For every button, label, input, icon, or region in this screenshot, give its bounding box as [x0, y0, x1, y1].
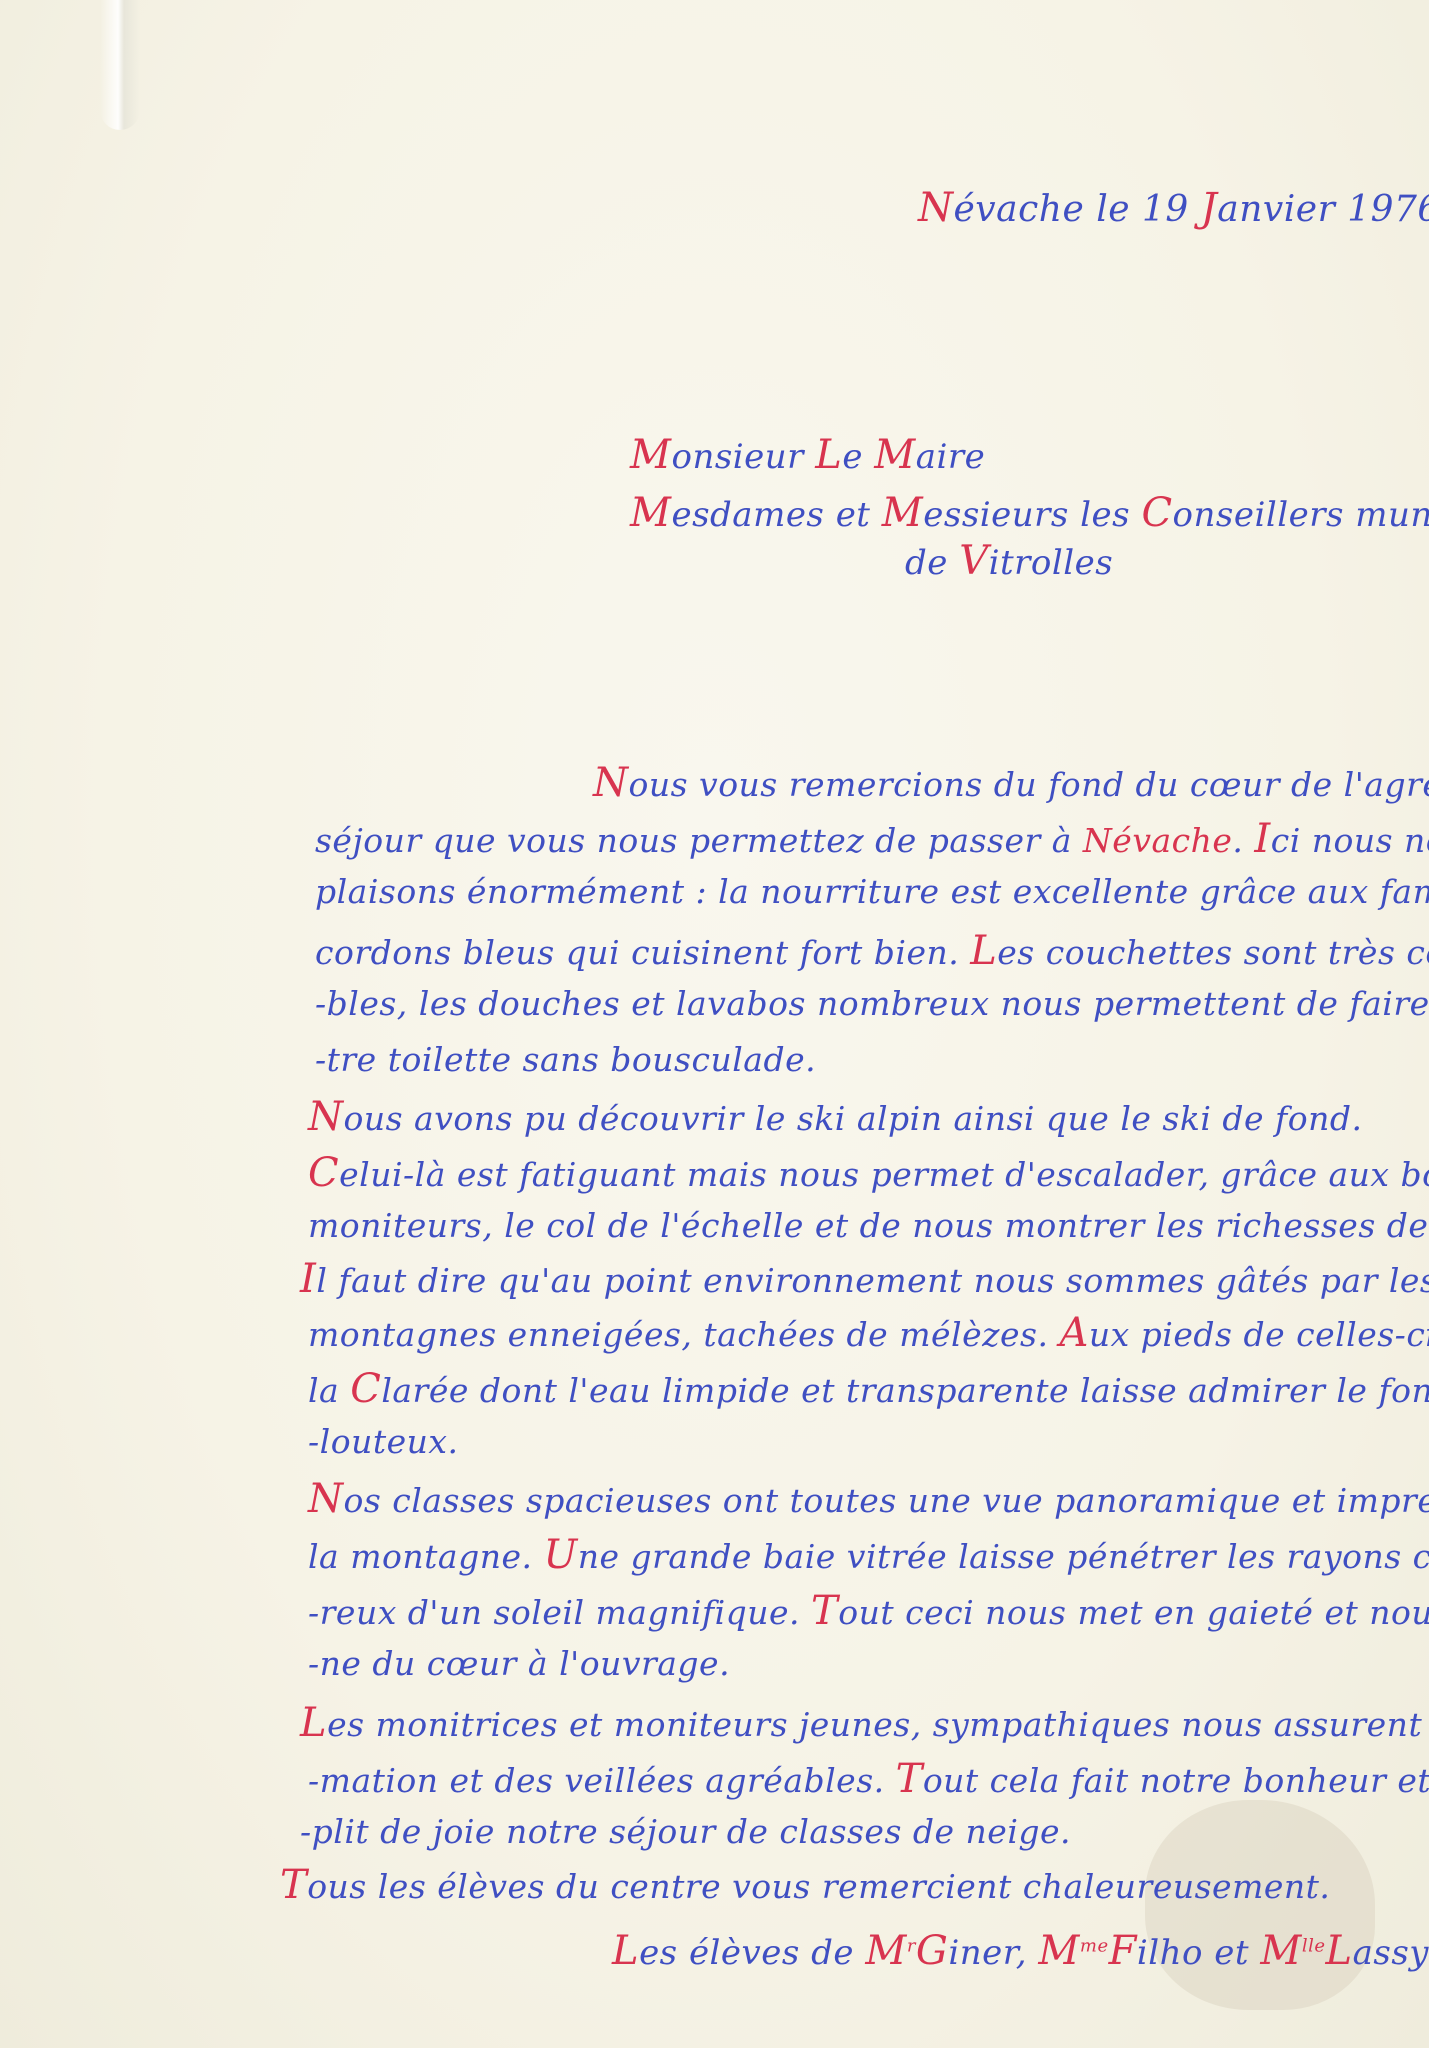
- body-text: plaisons énormément : la nourriture est …: [315, 872, 1429, 911]
- body-line-21: Tous les élèves du centre vous remercien…: [280, 1862, 1330, 1908]
- salutation-text: itrolles: [989, 543, 1114, 583]
- body-text: .: [1232, 821, 1254, 860]
- body-initial: T: [896, 1756, 923, 1802]
- salutation-line-3: de Vitrolles: [905, 538, 1113, 584]
- body-initial: L: [970, 928, 997, 974]
- body-text: -ne du cœur à l'ouvrage.: [308, 1644, 730, 1683]
- signature-initial: G: [916, 1928, 948, 1974]
- letter-page: Névache le 19 Janvier 1976 Monsieur Le M…: [0, 0, 1429, 2048]
- body-line-12: la Clarée dont l'eau limpide et transpar…: [308, 1366, 1429, 1412]
- body-text: -louteux.: [308, 1422, 458, 1461]
- salutation-initial: M: [630, 432, 671, 478]
- signature-title-sup: r: [907, 1936, 916, 1957]
- body-line-7: Nous avons pu découvrir le ski alpin ain…: [308, 1094, 1362, 1140]
- salutation-text: esdames et: [671, 495, 881, 535]
- salutation-initial: M: [882, 490, 923, 536]
- body-initial: I: [300, 1256, 316, 1302]
- signature-initial: F: [1109, 1928, 1137, 1974]
- body-line-4: cordons bleus qui cuisinent fort bien. L…: [315, 928, 1429, 974]
- body-text: es monitrices et moniteurs jeunes, sympa…: [327, 1705, 1429, 1744]
- signature-teacher-name: assy: [1353, 1933, 1429, 1973]
- body-line-1: Nous vous remercions du fond du cœur de …: [593, 760, 1429, 806]
- body-initial: N: [308, 1094, 344, 1140]
- salutation-initial: L: [815, 432, 842, 478]
- signature-title-sup: me: [1080, 1936, 1109, 1957]
- salutation-text: essieurs les: [923, 495, 1141, 535]
- body-text: -bles, les douches et lavabos nombreux n…: [315, 984, 1429, 1023]
- body-text: ux pieds de celles-ci coule: [1089, 1315, 1429, 1354]
- body-text: montagnes enneigées, tachées de mélèzes.: [308, 1315, 1059, 1354]
- body-line-2: séjour que vous nous permettez de passer…: [315, 816, 1429, 862]
- body-line-15: la montagne. Une grande baie vitrée lais…: [308, 1532, 1429, 1578]
- body-text: os classes spacieuses ont toutes une vue…: [344, 1481, 1429, 1520]
- body-text: moniteurs, le col de l'échelle et de nou…: [308, 1206, 1429, 1245]
- body-initial: N: [308, 1476, 344, 1522]
- body-text: la: [308, 1371, 350, 1410]
- body-line-5: -bles, les douches et lavabos nombreux n…: [315, 984, 1429, 1023]
- body-initial: T: [811, 1588, 838, 1634]
- date-month-initial: J: [1201, 185, 1218, 231]
- body-text: -reux d'un soleil magnifique.: [308, 1593, 811, 1632]
- signature-title: M: [1260, 1928, 1301, 1974]
- salutation-initial: V: [959, 538, 988, 584]
- body-initial: L: [300, 1700, 327, 1746]
- salutation-text: de: [905, 543, 959, 583]
- body-line-9: moniteurs, le col de l'échelle et de nou…: [308, 1206, 1429, 1245]
- body-line-18: Les monitrices et moniteurs jeunes, symp…: [300, 1700, 1429, 1746]
- body-line-6: -tre toilette sans bousculade.: [315, 1040, 816, 1079]
- body-text: séjour que vous nous permettez de passer…: [315, 821, 1083, 860]
- date-place: évache le 19: [954, 189, 1201, 230]
- body-text: -plit de joie notre séjour de classes de…: [300, 1812, 1071, 1851]
- date-line: Névache le 19 Janvier 1976: [918, 185, 1429, 231]
- body-line-14: Nos classes spacieuses ont toutes une vu…: [308, 1476, 1429, 1522]
- body-line-3: plaisons énormément : la nourriture est …: [315, 872, 1429, 911]
- body-initial: C: [308, 1150, 339, 1196]
- salutation-initial: C: [1141, 490, 1172, 536]
- signature-teacher-name: ilho et: [1137, 1933, 1261, 1973]
- salutation-text: onsieur: [671, 437, 815, 477]
- body-text: ous les élèves du centre vous remercient…: [307, 1867, 1330, 1906]
- body-initial: U: [543, 1532, 577, 1578]
- salutation-initial: M: [874, 432, 915, 478]
- signature-line: Les élèves de MrGiner, MmeFilho et MlleL…: [612, 1928, 1429, 1974]
- signature-initial: L: [1326, 1928, 1353, 1974]
- salutation-line-1: Monsieur Le Maire: [630, 432, 985, 478]
- body-text: larée dont l'eau limpide et transparente…: [381, 1371, 1429, 1410]
- date-month-year: anvier 1976: [1217, 189, 1429, 230]
- body-text: elui-là est fatiguant mais nous permet d…: [339, 1155, 1429, 1194]
- body-line-16: -reux d'un soleil magnifique. Tout ceci …: [308, 1588, 1429, 1634]
- body-text: out ceci nous met en gaieté et nous don: [838, 1593, 1429, 1632]
- salutation-text: onseillers municipaux: [1173, 495, 1429, 535]
- body-initial: N: [593, 760, 629, 806]
- body-text: ci nous nous: [1271, 821, 1429, 860]
- salutation-initial: M: [630, 490, 671, 536]
- body-line-13: -louteux.: [308, 1422, 458, 1461]
- signature-initial: L: [612, 1928, 639, 1974]
- body-text: -mation et des veillées agréables.: [308, 1761, 896, 1800]
- body-line-11: montagnes enneigées, tachées de mélèzes.…: [308, 1310, 1429, 1356]
- salutation-text: e: [842, 437, 874, 477]
- salutation-line-2: Mesdames et Messieurs les Conseillers mu…: [630, 490, 1429, 536]
- body-line-10: Il faut dire qu'au point environnement n…: [300, 1256, 1429, 1302]
- body-line-17: -ne du cœur à l'ouvrage.: [308, 1644, 730, 1683]
- body-text: es couchettes sont très conforta: [997, 933, 1429, 972]
- body-text: out cela fait notre bonheur et rem: [923, 1761, 1429, 1800]
- body-initial: A: [1059, 1310, 1088, 1356]
- body-text: -tre toilette sans bousculade.: [315, 1040, 816, 1079]
- body-text: cordons bleus qui cuisinent fort bien.: [315, 933, 970, 972]
- body-line-20: -plit de joie notre séjour de classes de…: [300, 1812, 1071, 1851]
- body-place-name: Névache: [1083, 821, 1233, 860]
- body-text: la montagne.: [308, 1537, 543, 1576]
- body-line-19: -mation et des veillées agréables. Tout …: [308, 1756, 1429, 1802]
- body-text: ous avons pu découvrir le ski alpin ains…: [344, 1099, 1363, 1138]
- paper-crease: [100, 0, 140, 130]
- body-initial: I: [1254, 816, 1270, 862]
- salutation-text: aire: [916, 437, 986, 477]
- body-text: l faut dire qu'au point environnement no…: [316, 1261, 1429, 1300]
- signature-text: es élèves de: [639, 1933, 865, 1973]
- signature-title: M: [865, 1928, 906, 1974]
- signature-teacher-name: iner,: [948, 1933, 1038, 1973]
- date-place-initial: N: [918, 185, 954, 231]
- body-initial: T: [280, 1862, 307, 1908]
- body-initial: C: [350, 1366, 381, 1412]
- signature-title: M: [1038, 1928, 1079, 1974]
- body-text: ne grande baie vitrée laisse pénétrer le…: [578, 1537, 1429, 1576]
- body-text: ous vous remercions du fond du cœur de l…: [629, 765, 1429, 804]
- signature-title-sup: lle: [1302, 1936, 1326, 1957]
- body-line-8: Celui-là est fatiguant mais nous permet …: [308, 1150, 1429, 1196]
